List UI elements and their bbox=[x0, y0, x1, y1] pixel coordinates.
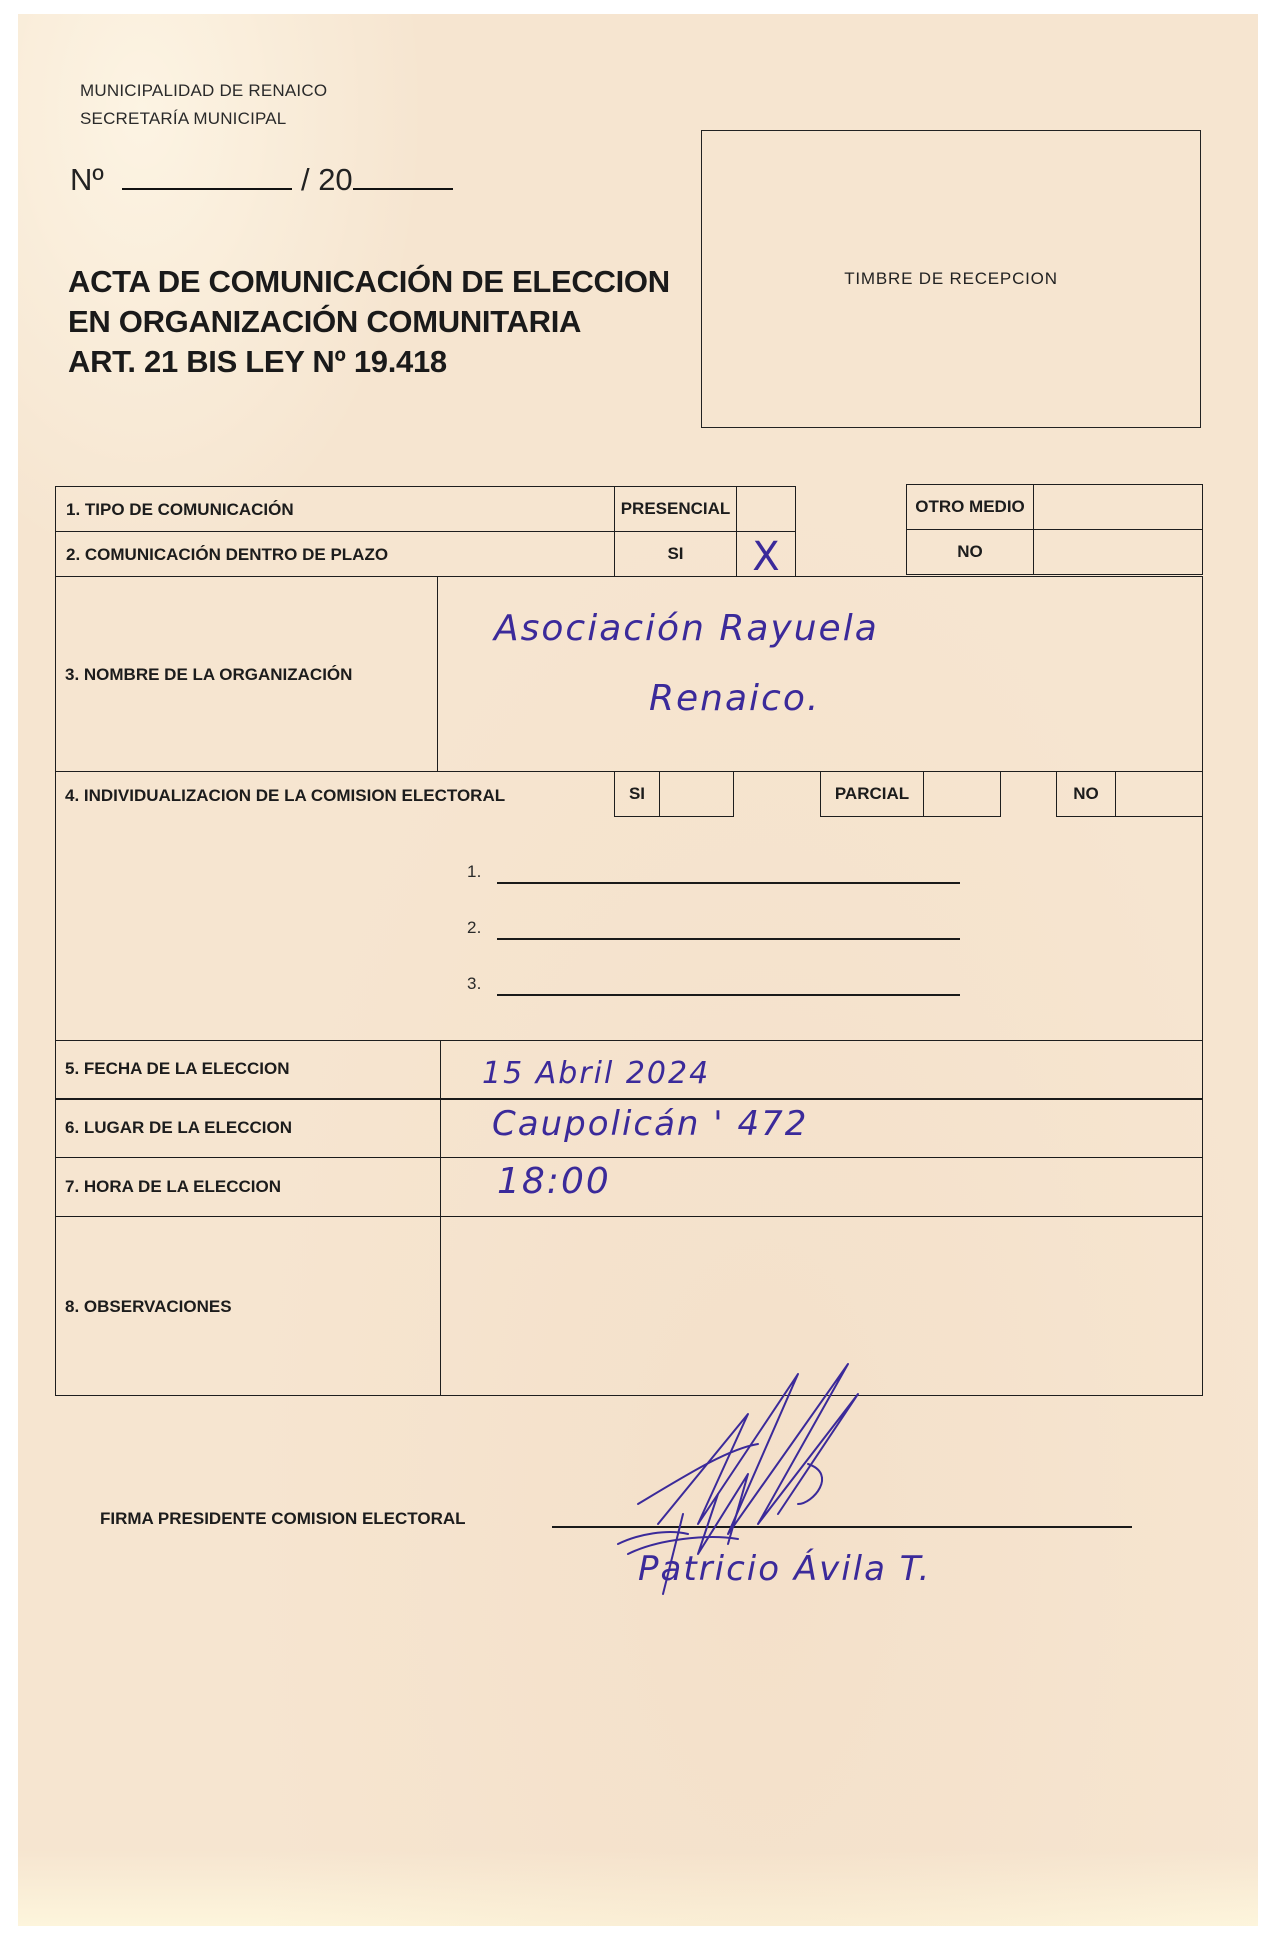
row4-parcial-label: PARCIAL bbox=[835, 784, 909, 804]
reception-stamp-label: TIMBRE DE RECEPCION bbox=[844, 269, 1058, 289]
signed-name: Patricio Ávila T. bbox=[638, 1549, 931, 1589]
election-time-field[interactable]: 18:00 bbox=[442, 1159, 1202, 1215]
election-place-field[interactable]: Caupolicán ' 472 bbox=[442, 1100, 1202, 1156]
otro-medio-label-cell: OTRO MEDIO bbox=[906, 484, 1034, 530]
row1-label-cell: 1. TIPO DE COMUNICACIÓN bbox=[55, 486, 615, 532]
organization-name-line-1: Asociación Rayuela bbox=[494, 608, 879, 649]
department-name: SECRETARÍA MUNICIPAL bbox=[80, 109, 286, 129]
row8-label: 8. OBSERVACIONES bbox=[65, 1297, 232, 1317]
row4-label: 4. INDIVIDUALIZACION DE LA COMISION ELEC… bbox=[65, 786, 505, 806]
row4-si-label-cell: SI bbox=[614, 771, 660, 817]
presencial-checkbox[interactable] bbox=[736, 486, 796, 532]
member-3-field[interactable] bbox=[497, 994, 960, 996]
row5-label: 5. FECHA DE LA ELECCION bbox=[65, 1059, 289, 1079]
member-1-index: 1. bbox=[467, 862, 482, 882]
title-line-1: ACTA DE COMUNICACIÓN DE ELECCION bbox=[68, 262, 670, 302]
row7-label: 7. HORA DE LA ELECCION bbox=[65, 1177, 281, 1197]
row2-si-checkbox[interactable]: X bbox=[736, 531, 796, 577]
presencial-label-cell: PRESENCIAL bbox=[614, 486, 737, 532]
row6-bottom-border bbox=[55, 1157, 1203, 1158]
row3-label: 3. NOMBRE DE LA ORGANIZACIÓN bbox=[65, 665, 352, 685]
election-place-value: Caupolicán ' 472 bbox=[492, 1104, 808, 1144]
row3-divider bbox=[437, 576, 438, 772]
signature-label: FIRMA PRESIDENTE COMISION ELECTORAL bbox=[100, 1509, 466, 1529]
row4-no-checkbox[interactable] bbox=[1115, 771, 1203, 817]
row2-label: 2. COMUNICACIÓN DENTRO DE PLAZO bbox=[66, 545, 388, 565]
presencial-label: PRESENCIAL bbox=[621, 499, 731, 519]
number-separator: / 20 bbox=[301, 162, 353, 197]
row4-parcial-label-cell: PARCIAL bbox=[820, 771, 924, 817]
number-field[interactable] bbox=[122, 188, 292, 190]
row2-no-checkbox[interactable] bbox=[1033, 529, 1203, 575]
row4-no-label-cell: NO bbox=[1056, 771, 1116, 817]
row2-si-label-cell: SI bbox=[614, 531, 737, 577]
election-date-field[interactable]: 15 Abril 2024 bbox=[442, 1042, 1202, 1098]
document-number: Nº / 20 bbox=[70, 162, 453, 198]
reception-stamp-box: TIMBRE DE RECEPCION bbox=[701, 130, 1201, 428]
title-line-2: EN ORGANIZACIÓN COMUNITARIA bbox=[68, 302, 670, 342]
row4-si-checkbox[interactable] bbox=[659, 771, 734, 817]
document-title: ACTA DE COMUNICACIÓN DE ELECCION EN ORGA… bbox=[68, 262, 670, 382]
otro-medio-checkbox[interactable] bbox=[1033, 484, 1203, 530]
year-field[interactable] bbox=[353, 188, 453, 190]
election-time-value: 18:00 bbox=[497, 1161, 611, 1202]
row4-parcial-checkbox[interactable] bbox=[923, 771, 1001, 817]
number-prefix: Nº bbox=[70, 162, 104, 197]
row4-no-label: NO bbox=[1073, 784, 1099, 804]
organization-name-line-2: Renaico. bbox=[649, 678, 820, 719]
member-3-index: 3. bbox=[467, 974, 482, 994]
member-2-field[interactable] bbox=[497, 938, 960, 940]
row4-si-label: SI bbox=[629, 784, 645, 804]
check-mark-x: X bbox=[752, 534, 779, 580]
row2-no-label: NO bbox=[957, 542, 983, 562]
title-line-3: ART. 21 BIS LEY Nº 19.418 bbox=[68, 342, 670, 382]
rows5-8-divider bbox=[440, 1040, 441, 1396]
row1-label: 1. TIPO DE COMUNICACIÓN bbox=[66, 500, 294, 520]
election-date-value: 15 Abril 2024 bbox=[482, 1056, 710, 1091]
member-2-index: 2. bbox=[467, 918, 482, 938]
row2-no-label-cell: NO bbox=[906, 529, 1034, 575]
otro-medio-label: OTRO MEDIO bbox=[915, 497, 1025, 517]
organization-name-field[interactable]: Asociación Rayuela Renaico. bbox=[439, 578, 1201, 770]
row2-si-label: SI bbox=[667, 544, 683, 564]
row2-label-cell: 2. COMUNICACIÓN DENTRO DE PLAZO bbox=[55, 531, 615, 577]
row7-bottom-border bbox=[55, 1216, 1203, 1217]
document-page: MUNICIPALIDAD DE RENAICO SECRETARÍA MUNI… bbox=[18, 14, 1258, 1926]
member-1-field[interactable] bbox=[497, 882, 960, 884]
row6-label: 6. LUGAR DE LA ELECCION bbox=[65, 1118, 292, 1138]
municipality-name: MUNICIPALIDAD DE RENAICO bbox=[80, 81, 327, 101]
